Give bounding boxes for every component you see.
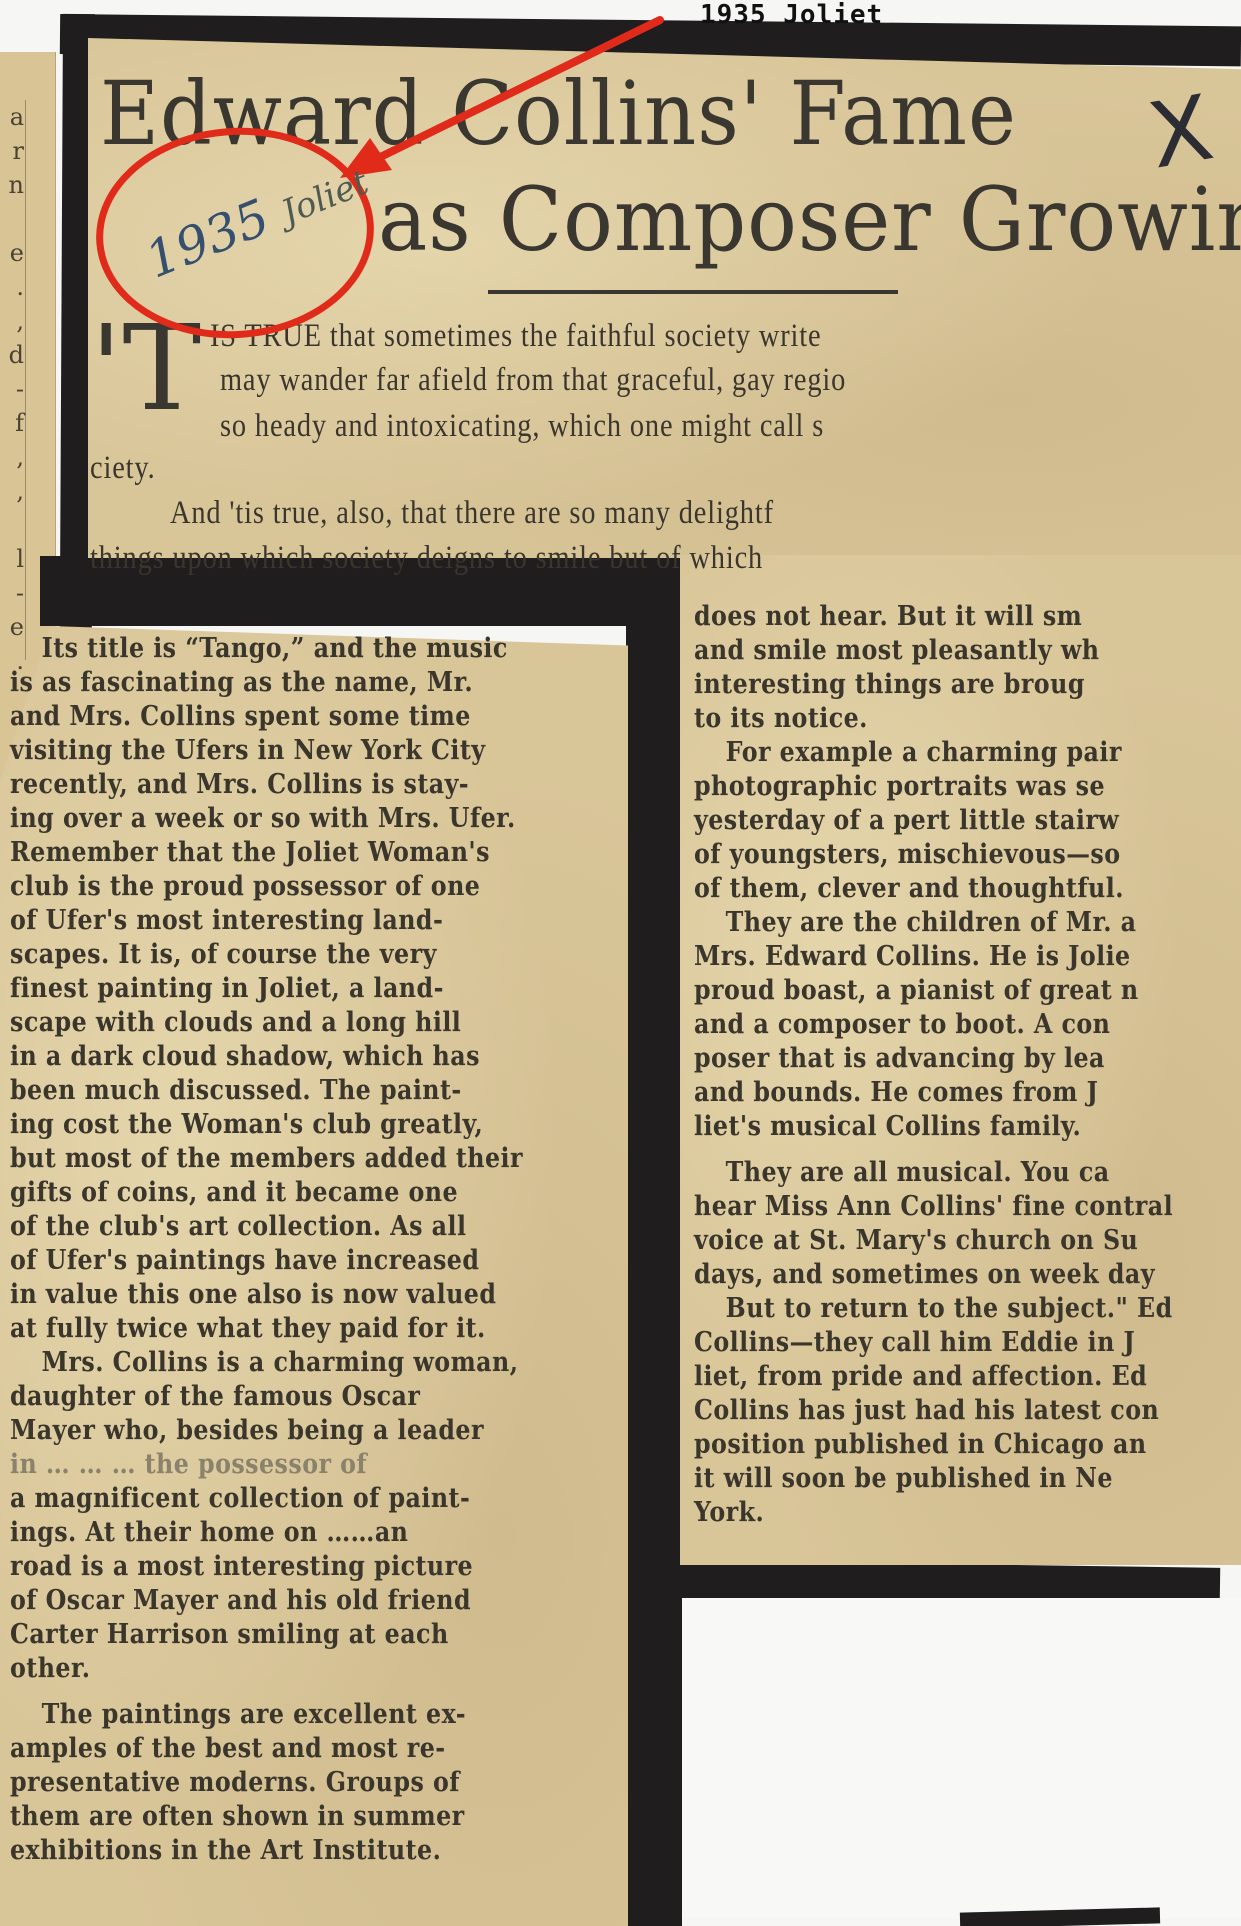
typed-annotation-label: 1935 Joliet: [700, 0, 883, 30]
column-line: of youngsters, mischievous—so: [694, 838, 1173, 872]
column-line: of Ufer's most interesting land-: [10, 904, 523, 938]
column-line: road is a most interesting picture: [10, 1550, 523, 1584]
right-column: does not hear. But it will smand smile m…: [694, 600, 1238, 1530]
headline-rule: [488, 290, 898, 294]
column-line: in value this one also is now valued: [10, 1278, 523, 1312]
column-line: visiting the Ufers in New York City: [10, 734, 523, 768]
adjacent-clipping-char: n: [0, 168, 26, 202]
column-line: ings. At their home on ……an: [10, 1516, 523, 1550]
column-line: other.: [10, 1652, 523, 1686]
column-line: Remember that the Joliet Woman's: [10, 836, 523, 870]
column-line: hear Miss Ann Collins' fine contral: [694, 1190, 1173, 1224]
column-line: yesterday of a pert little stairw: [694, 804, 1173, 838]
lead-line-2: may wander far afield from that graceful…: [220, 362, 846, 399]
column-line: For example a charming pair: [694, 736, 1173, 770]
column-line: them are often shown in summer: [10, 1800, 523, 1834]
column-line: of them, clever and thoughtful.: [694, 872, 1173, 906]
column-line: position published in Chicago an: [694, 1428, 1173, 1462]
column-line: and bounds. He comes from J: [694, 1076, 1173, 1110]
column-line: proud boast, a pianist of great n: [694, 974, 1173, 1008]
adjacent-clipping-char: a: [0, 100, 26, 134]
adjacent-clipping-char: d: [0, 338, 26, 372]
column-line: They are the children of Mr. a: [694, 906, 1173, 940]
column-line: finest painting in Joliet, a land-: [10, 972, 523, 1006]
column-line: gifts of coins, and it became one: [10, 1176, 523, 1210]
lead-line-4: ciety.: [90, 450, 156, 487]
column-line: poser that is advancing by lea: [694, 1042, 1173, 1076]
blank-area: [682, 1598, 1241, 1918]
column-line: it will soon be published in Ne: [694, 1462, 1173, 1496]
column-line: recently, and Mrs. Collins is stay-: [10, 768, 523, 802]
column-line: Mayer who, besides being a leader: [10, 1414, 523, 1448]
column-line: Carter Harrison smiling at each: [10, 1618, 523, 1652]
column-line: ing over a week or so with Mrs. Ufer.: [10, 802, 523, 836]
column-line: Collins—they call him Eddie in J: [694, 1326, 1173, 1360]
column-line: scape with clouds and a long hill: [10, 1006, 523, 1040]
column-line: amples of the best and most re-: [10, 1732, 523, 1766]
column-line: Mrs. Collins is a charming woman,: [10, 1346, 523, 1380]
column-line: daughter of the famous Oscar: [10, 1380, 523, 1414]
column-line: a magnificent collection of paint-: [10, 1482, 523, 1516]
left-column: Its title is “Tango,” and the musicis as…: [10, 632, 593, 1868]
column-line: and a composer to boot. A con: [694, 1008, 1173, 1042]
adjacent-clipping-text: arn e.,d-f,, l-e.: [0, 100, 26, 660]
column-line: in a dark cloud shadow, which has: [10, 1040, 523, 1074]
lead-line-3: so heady and intoxicating, which one mig…: [220, 408, 824, 445]
adjacent-clipping-char: l: [0, 542, 26, 576]
adjacent-clipping-char: .: [0, 270, 26, 304]
adjacent-clipping-char: [0, 508, 26, 542]
column-line: in … … … the possessor of: [10, 1448, 523, 1482]
drop-cap: 'T: [90, 318, 201, 418]
adjacent-clipping-char: ,: [0, 474, 26, 508]
column-line: Mrs. Edward Collins. He is Jolie: [694, 940, 1173, 974]
adjacent-clipping-char: e: [0, 236, 26, 270]
column-line: and smile most pleasantly wh: [694, 634, 1173, 668]
adjacent-clipping-char: [0, 202, 26, 236]
column-line: at fully twice what they paid for it.: [10, 1312, 523, 1346]
column-line: ing cost the Woman's club greatly,: [10, 1108, 523, 1142]
lead-line-1: IS TRUE that sometimes the faithful soci…: [210, 318, 821, 355]
column-line: does not hear. But it will sm: [694, 600, 1173, 634]
column-line: Collins has just had his latest con: [694, 1394, 1173, 1428]
adjacent-clipping-char: -: [0, 576, 26, 610]
column-line: been much discussed. The paint-: [10, 1074, 523, 1108]
column-line: of the club's art collection. As all: [10, 1210, 523, 1244]
adjacent-clipping-char: r: [0, 134, 26, 168]
column-line: liet, from pride and affection. Ed: [694, 1360, 1173, 1394]
column-line: interesting things are broug: [694, 668, 1173, 702]
adjacent-clipping-char: ,: [0, 440, 26, 474]
lead-line-5: And 'tis true, also, that there are so m…: [170, 495, 774, 532]
column-line: days, and sometimes on week day: [694, 1258, 1173, 1292]
column-line: exhibitions in the Art Institute.: [10, 1834, 523, 1868]
red-arrow-icon: [330, 14, 670, 184]
lead-line-6: things upon which society deigns to smil…: [90, 540, 763, 577]
column-line: and Mrs. Collins spent some time: [10, 700, 523, 734]
column-line: but most of the members added their: [10, 1142, 523, 1176]
column-line: is as fascinating as the name, Mr.: [10, 666, 523, 700]
adjacent-clipping-char: ,: [0, 304, 26, 338]
adjacent-clipping-char: -: [0, 372, 26, 406]
column-line: scapes. It is, of course the very: [10, 938, 523, 972]
column-line: They are all musical. You ca: [694, 1156, 1173, 1190]
column-line: voice at St. Mary's church on Su: [694, 1224, 1173, 1258]
column-line: But to return to the subject." Ed: [694, 1292, 1173, 1326]
column-line: York.: [694, 1496, 1173, 1530]
column-line: Its title is “Tango,” and the music: [10, 632, 523, 666]
column-line: of Ufer's paintings have increased: [10, 1244, 523, 1278]
column-line: of Oscar Mayer and his old friend: [10, 1584, 523, 1618]
mounting-paper-column-divider: [626, 560, 682, 1926]
column-line: presentative moderns. Groups of: [10, 1766, 523, 1800]
column-line: The paintings are excellent ex-: [10, 1698, 523, 1732]
column-line: club is the proud possessor of one: [10, 870, 523, 904]
adjacent-clipping-char: f: [0, 406, 26, 440]
column-line: liet's musical Collins family.: [694, 1110, 1173, 1144]
paragraph-gap: [694, 1144, 1238, 1156]
column-line: photographic portraits was se: [694, 770, 1173, 804]
column-line: to its notice.: [694, 702, 1173, 736]
paragraph-gap: [10, 1686, 593, 1698]
